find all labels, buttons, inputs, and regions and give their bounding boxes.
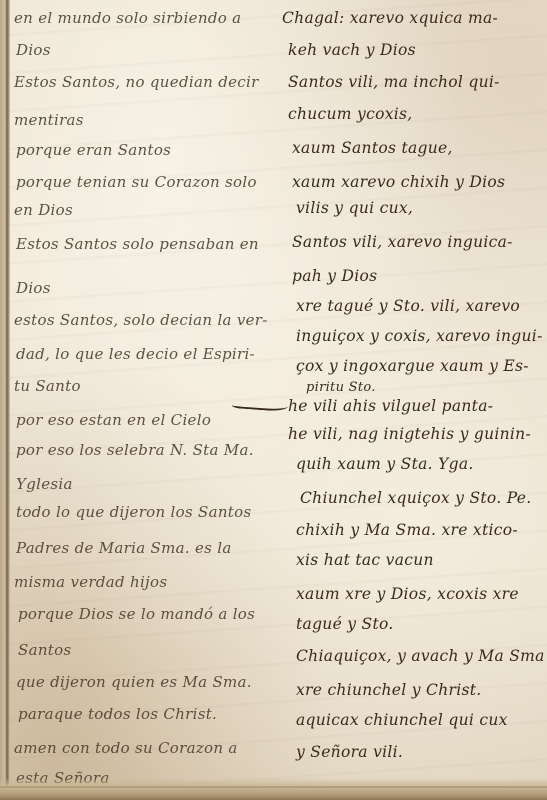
text-line: xis hat tac vacun	[296, 550, 434, 570]
text-line: porque Dios se lo mandó a los	[18, 604, 255, 624]
text-line: Chiaquiçox, y avach y Ma Sma	[296, 646, 545, 666]
text-line: misma verdad hijos	[14, 572, 167, 592]
text-line: aquicax chiunchel qui cux	[296, 710, 508, 730]
page-bottom-edge	[0, 778, 547, 800]
text-line: en el mundo solo sirbiendo a	[14, 8, 241, 28]
binding-edge	[0, 0, 10, 800]
text-line: he vili ahis vilguel panta-	[288, 396, 493, 416]
text-line: Chiunchel xquiçox y Sto. Pe.	[300, 488, 531, 508]
text-line: çox y ingoxargue xaum y Es-	[296, 356, 529, 376]
text-line: piritu Sto.	[306, 378, 376, 398]
text-line: tu Santo	[14, 376, 81, 396]
text-line: keh vach y Dios	[288, 40, 416, 60]
text-line: Estos Santos solo pensaban en	[16, 234, 259, 254]
text-line: chixih y Ma Sma. xre xtico-	[296, 520, 518, 540]
text-line: xre tagué y Sto. vili, xarevo	[296, 296, 520, 316]
text-line: porque eran Santos	[16, 140, 171, 160]
text-line: pah y Dios	[292, 266, 377, 286]
connector-stroke	[232, 394, 289, 412]
page-bottom-line	[0, 786, 547, 788]
text-line: estos Santos, solo decian la ver-	[14, 310, 268, 330]
text-line: por eso los selebra N. Sta Ma.	[16, 440, 254, 460]
text-line: xaum xarevo chixih y Dios	[292, 172, 505, 192]
text-line: Santos	[18, 640, 71, 660]
text-line: Santos vili, ma inchol qui-	[288, 72, 500, 92]
text-line: mentiras	[14, 110, 84, 130]
text-line: amen con todo su Corazon a	[14, 738, 238, 758]
text-line: Dios	[16, 278, 51, 298]
text-line: Dios	[16, 40, 51, 60]
text-line: Estos Santos, no quedian decir	[14, 72, 259, 92]
text-line: Yglesia	[16, 474, 73, 494]
text-line: todo lo que dijeron los Santos	[16, 502, 251, 522]
text-line: dad, lo que les decio el Espiri-	[16, 344, 255, 364]
text-line: paraque todos los Christ.	[18, 704, 217, 724]
text-line: xre chiunchel y Christ.	[296, 680, 481, 700]
text-line: Chagal: xarevo xquica ma-	[282, 8, 498, 28]
text-line: he vili, nag inigtehis y guinin-	[288, 424, 531, 444]
text-line: vilis y qui cux,	[296, 198, 413, 218]
text-line: en Dios	[14, 200, 73, 220]
text-line: inguiçox y coxis, xarevo ingui-	[296, 326, 543, 346]
text-line: y Señora vili.	[296, 742, 403, 762]
text-line: xaum xre y Dios, xcoxis xre	[296, 584, 519, 604]
manuscript-page: en el mundo solo sirbiendo a Dios Estos …	[0, 0, 547, 800]
text-line: Padres de Maria Sma. es la	[16, 538, 232, 558]
text-line: porque tenian su Corazon solo	[16, 172, 257, 192]
text-line: que dijeron quien es Ma Sma.	[16, 672, 252, 692]
text-line: Santos vili, xarevo inguica-	[292, 232, 513, 252]
binding-fold-line	[6, 0, 8, 800]
text-line: quih xaum y Sta. Yga.	[296, 454, 474, 474]
text-line: chucum ycoxis,	[288, 104, 412, 124]
text-line: tagué y Sto.	[296, 614, 394, 634]
text-line: por eso estan en el Cielo	[16, 410, 211, 430]
text-line: xaum Santos tague,	[292, 138, 453, 158]
